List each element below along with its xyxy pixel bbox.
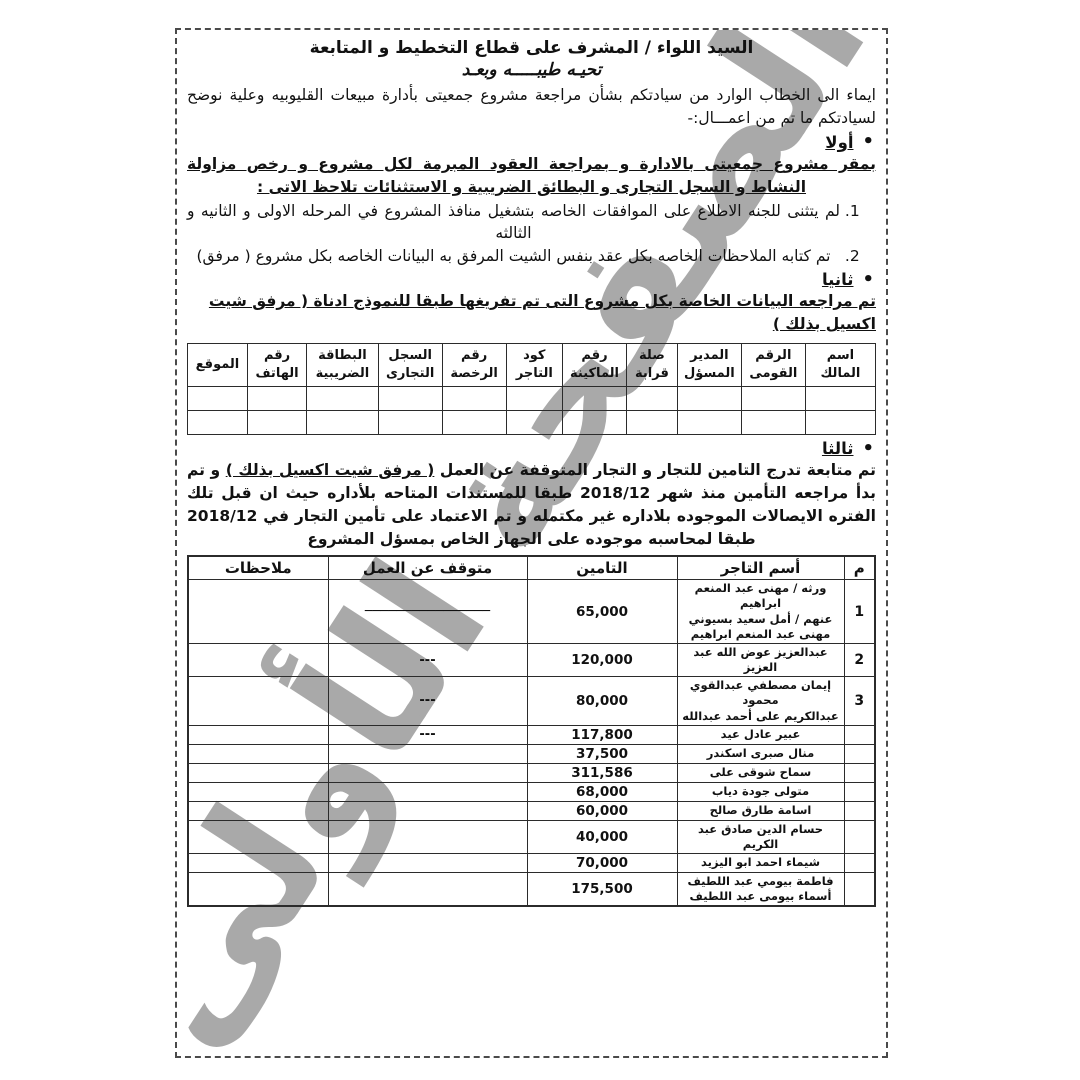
insurance-amount: 40,000 bbox=[527, 820, 677, 853]
insurance-amount: 60,000 bbox=[527, 801, 677, 820]
merchant-row: اسامة طارق صالح 60,000 bbox=[188, 801, 875, 820]
insurance-amount: 65,000 bbox=[527, 580, 677, 644]
notes-value bbox=[188, 782, 328, 801]
stopped-working-value: --- bbox=[328, 677, 527, 726]
empty-cell bbox=[442, 387, 506, 411]
list-item: لم يتثنى للجنه الاطلاع على الموافقات الخ… bbox=[187, 200, 840, 245]
stopped-working-value: ──────────────── bbox=[328, 580, 527, 644]
t2-header-notes: ملاحظات bbox=[188, 556, 328, 580]
notes-value bbox=[188, 643, 328, 676]
list-item: تم كتابه الملاحظات الخاصه بكل عقد بنفس ا… bbox=[187, 245, 840, 267]
empty-cell bbox=[805, 411, 875, 435]
empty-cell bbox=[247, 387, 306, 411]
empty-cell bbox=[563, 387, 627, 411]
t1-empty-row bbox=[188, 387, 876, 411]
section-second-lead: تم مراجعه البيانات الخاصة بكل مشروع التى… bbox=[187, 290, 876, 336]
empty-cell bbox=[378, 387, 442, 411]
merchant-row: حسام الدين صادق عبد الكريم 40,000 bbox=[188, 820, 875, 853]
row-index bbox=[844, 782, 875, 801]
merchant-row: متولى جودة دياب 68,000 bbox=[188, 782, 875, 801]
stopped-working-value bbox=[328, 854, 527, 873]
empty-cell bbox=[677, 387, 741, 411]
merchant-row: فاطمة بيومي عبد اللطيف أسماء بيومى عبد ا… bbox=[188, 873, 875, 907]
merchant-name: فاطمة بيومي عبد اللطيف أسماء بيومى عبد ا… bbox=[677, 873, 844, 907]
empty-cell bbox=[506, 411, 562, 435]
t1-header-tax-card: البطاقة الضريبية bbox=[307, 344, 379, 387]
t1-header-kinship: صلة قرابة bbox=[626, 344, 677, 387]
row-index bbox=[844, 763, 875, 782]
merchant-name: عبير عادل عيد bbox=[677, 725, 844, 744]
empty-cell bbox=[677, 411, 741, 435]
notes-value bbox=[188, 677, 328, 726]
stopped-working-value bbox=[328, 873, 527, 907]
projects-data-table: اسم المالك الرقم القومى المدير المسؤل صل… bbox=[187, 343, 876, 435]
merchant-name: حسام الدين صادق عبد الكريم bbox=[677, 820, 844, 853]
notes-value bbox=[188, 820, 328, 853]
t1-header-commercial-register: السجل التجارى bbox=[378, 344, 442, 387]
insurance-amount: 311,586 bbox=[527, 763, 677, 782]
merchant-name: منال صبرى اسكندر bbox=[677, 744, 844, 763]
empty-cell bbox=[188, 387, 248, 411]
t1-header-location: الموقع bbox=[188, 344, 248, 387]
empty-cell bbox=[307, 411, 379, 435]
section-first-title: أولا bbox=[825, 133, 853, 152]
merchants-insurance-table: م أسم التاجر التامين متوقف عن العمل ملاح… bbox=[187, 555, 876, 907]
row-index: 1 bbox=[844, 580, 875, 644]
stopped-working-value bbox=[328, 801, 527, 820]
row-index bbox=[844, 873, 875, 907]
merchant-row: 2 عبدالعزيز عوض الله عبد العزيز 120,000 … bbox=[188, 643, 875, 676]
notes-value bbox=[188, 801, 328, 820]
t1-header-row: اسم المالك الرقم القومى المدير المسؤل صل… bbox=[188, 344, 876, 387]
empty-cell bbox=[626, 387, 677, 411]
t1-header-phone-no: رقم الهاتف bbox=[247, 344, 306, 387]
merchant-name: متولى جودة دياب bbox=[677, 782, 844, 801]
t1-header-owner-name: اسم المالك bbox=[805, 344, 875, 387]
t1-header-merchant-code: كود التاجر bbox=[506, 344, 562, 387]
t2-header-index: م bbox=[844, 556, 875, 580]
stopped-working-value: --- bbox=[328, 725, 527, 744]
t2-header-stopped-working: متوقف عن العمل bbox=[328, 556, 527, 580]
merchant-row: 1 ورثه / مهنى عبد المنعم ابراهيم عنهم / … bbox=[188, 580, 875, 644]
section-first-list: لم يتثنى للجنه الاطلاع على الموافقات الخ… bbox=[187, 200, 860, 267]
merchant-name: عبدالعزيز عوض الله عبد العزيز bbox=[677, 643, 844, 676]
t1-header-national-id: الرقم القومى bbox=[741, 344, 805, 387]
greeting-line: تحيـه طيبـــــه وبعـد bbox=[187, 60, 876, 80]
t2-header-row: م أسم التاجر التامين متوقف عن العمل ملاح… bbox=[188, 556, 875, 580]
empty-cell bbox=[805, 387, 875, 411]
bullet-icon: • bbox=[862, 133, 874, 151]
merchant-row: سماح شوقى على 311,586 bbox=[188, 763, 875, 782]
empty-cell bbox=[626, 411, 677, 435]
scanned-document-canvas: { "watermark": "الصفحة الأولى", "bullet"… bbox=[0, 0, 1080, 1080]
empty-cell bbox=[378, 411, 442, 435]
merchant-name: شيماء احمد ابو اليزيد bbox=[677, 854, 844, 873]
empty-cell bbox=[563, 411, 627, 435]
merchant-name: ورثه / مهنى عبد المنعم ابراهيم عنهم / أم… bbox=[677, 580, 844, 644]
bullet-icon: • bbox=[862, 440, 874, 458]
document-page: الصفحة الأولى السيد اللواء / المشرف على … bbox=[175, 28, 888, 1058]
merchant-row: 3 إيمان مصطفي عبدالقوي محمود عبدالكريم ع… bbox=[188, 677, 875, 726]
t1-header-manager: المدير المسؤل bbox=[677, 344, 741, 387]
row-index bbox=[844, 744, 875, 763]
insurance-amount: 70,000 bbox=[527, 854, 677, 873]
lead-underlined-attachment: ( مرفق شيت اكسيل بذلك ) bbox=[226, 461, 435, 479]
row-index bbox=[844, 801, 875, 820]
section-second-heading: • ثانيا bbox=[187, 270, 874, 289]
merchant-row: منال صبرى اسكندر 37,500 bbox=[188, 744, 875, 763]
notes-value bbox=[188, 744, 328, 763]
section-third-lead: تم متابعة تدرج التامين للتجار و التجار ا… bbox=[187, 459, 876, 551]
stopped-working-value bbox=[328, 782, 527, 801]
merchant-row: عبير عادل عيد 117,800 --- bbox=[188, 725, 875, 744]
row-index bbox=[844, 725, 875, 744]
merchant-name: إيمان مصطفي عبدالقوي محمود عبدالكريم على… bbox=[677, 677, 844, 726]
row-index: 3 bbox=[844, 677, 875, 726]
empty-cell bbox=[741, 387, 805, 411]
t2-header-insurance: التامين bbox=[527, 556, 677, 580]
empty-cell bbox=[741, 411, 805, 435]
empty-cell bbox=[307, 387, 379, 411]
notes-value bbox=[188, 854, 328, 873]
stopped-working-value bbox=[328, 744, 527, 763]
document-content: السيد اللواء / المشرف على قطاع التخطيط و… bbox=[187, 38, 876, 907]
bullet-icon: • bbox=[862, 271, 874, 289]
stopped-working-value bbox=[328, 763, 527, 782]
notes-value bbox=[188, 580, 328, 644]
notes-value bbox=[188, 763, 328, 782]
intro-paragraph: ايماء الى الخطاب الوارد من سيادتكم بشأن … bbox=[187, 84, 876, 130]
notes-value bbox=[188, 873, 328, 907]
empty-cell bbox=[188, 411, 248, 435]
row-index bbox=[844, 854, 875, 873]
empty-cell bbox=[247, 411, 306, 435]
t1-empty-row bbox=[188, 411, 876, 435]
row-index bbox=[844, 820, 875, 853]
section-third-heading: • ثالثا bbox=[187, 439, 874, 458]
empty-cell bbox=[506, 387, 562, 411]
insurance-amount: 80,000 bbox=[527, 677, 677, 726]
insurance-amount: 68,000 bbox=[527, 782, 677, 801]
section-first-lead: بمقر مشروع جمعيتى بالادارة و بمراجعة الع… bbox=[187, 153, 876, 199]
row-index: 2 bbox=[844, 643, 875, 676]
merchant-row: شيماء احمد ابو اليزيد 70,000 bbox=[188, 854, 875, 873]
t1-header-machine-no: رقم الماكينة bbox=[563, 344, 627, 387]
insurance-amount: 37,500 bbox=[527, 744, 677, 763]
section-first-heading: • أولا bbox=[187, 133, 874, 152]
insurance-amount: 175,500 bbox=[527, 873, 677, 907]
t1-header-license-no: رقم الرخصة bbox=[442, 344, 506, 387]
insurance-amount: 120,000 bbox=[527, 643, 677, 676]
empty-cell bbox=[442, 411, 506, 435]
insurance-amount: 117,800 bbox=[527, 725, 677, 744]
section-second-title: ثانيا bbox=[822, 270, 854, 289]
merchant-name: سماح شوقى على bbox=[677, 763, 844, 782]
stopped-working-value bbox=[328, 820, 527, 853]
merchant-name: اسامة طارق صالح bbox=[677, 801, 844, 820]
section-third-title: ثالثا bbox=[822, 439, 854, 458]
notes-value bbox=[188, 725, 328, 744]
t2-header-merchant-name: أسم التاجر bbox=[677, 556, 844, 580]
lead-text: تم متابعة تدرج التامين للتجار و التجار ا… bbox=[434, 461, 876, 479]
addressee-title: السيد اللواء / المشرف على قطاع التخطيط و… bbox=[187, 38, 876, 58]
stopped-working-value: --- bbox=[328, 643, 527, 676]
